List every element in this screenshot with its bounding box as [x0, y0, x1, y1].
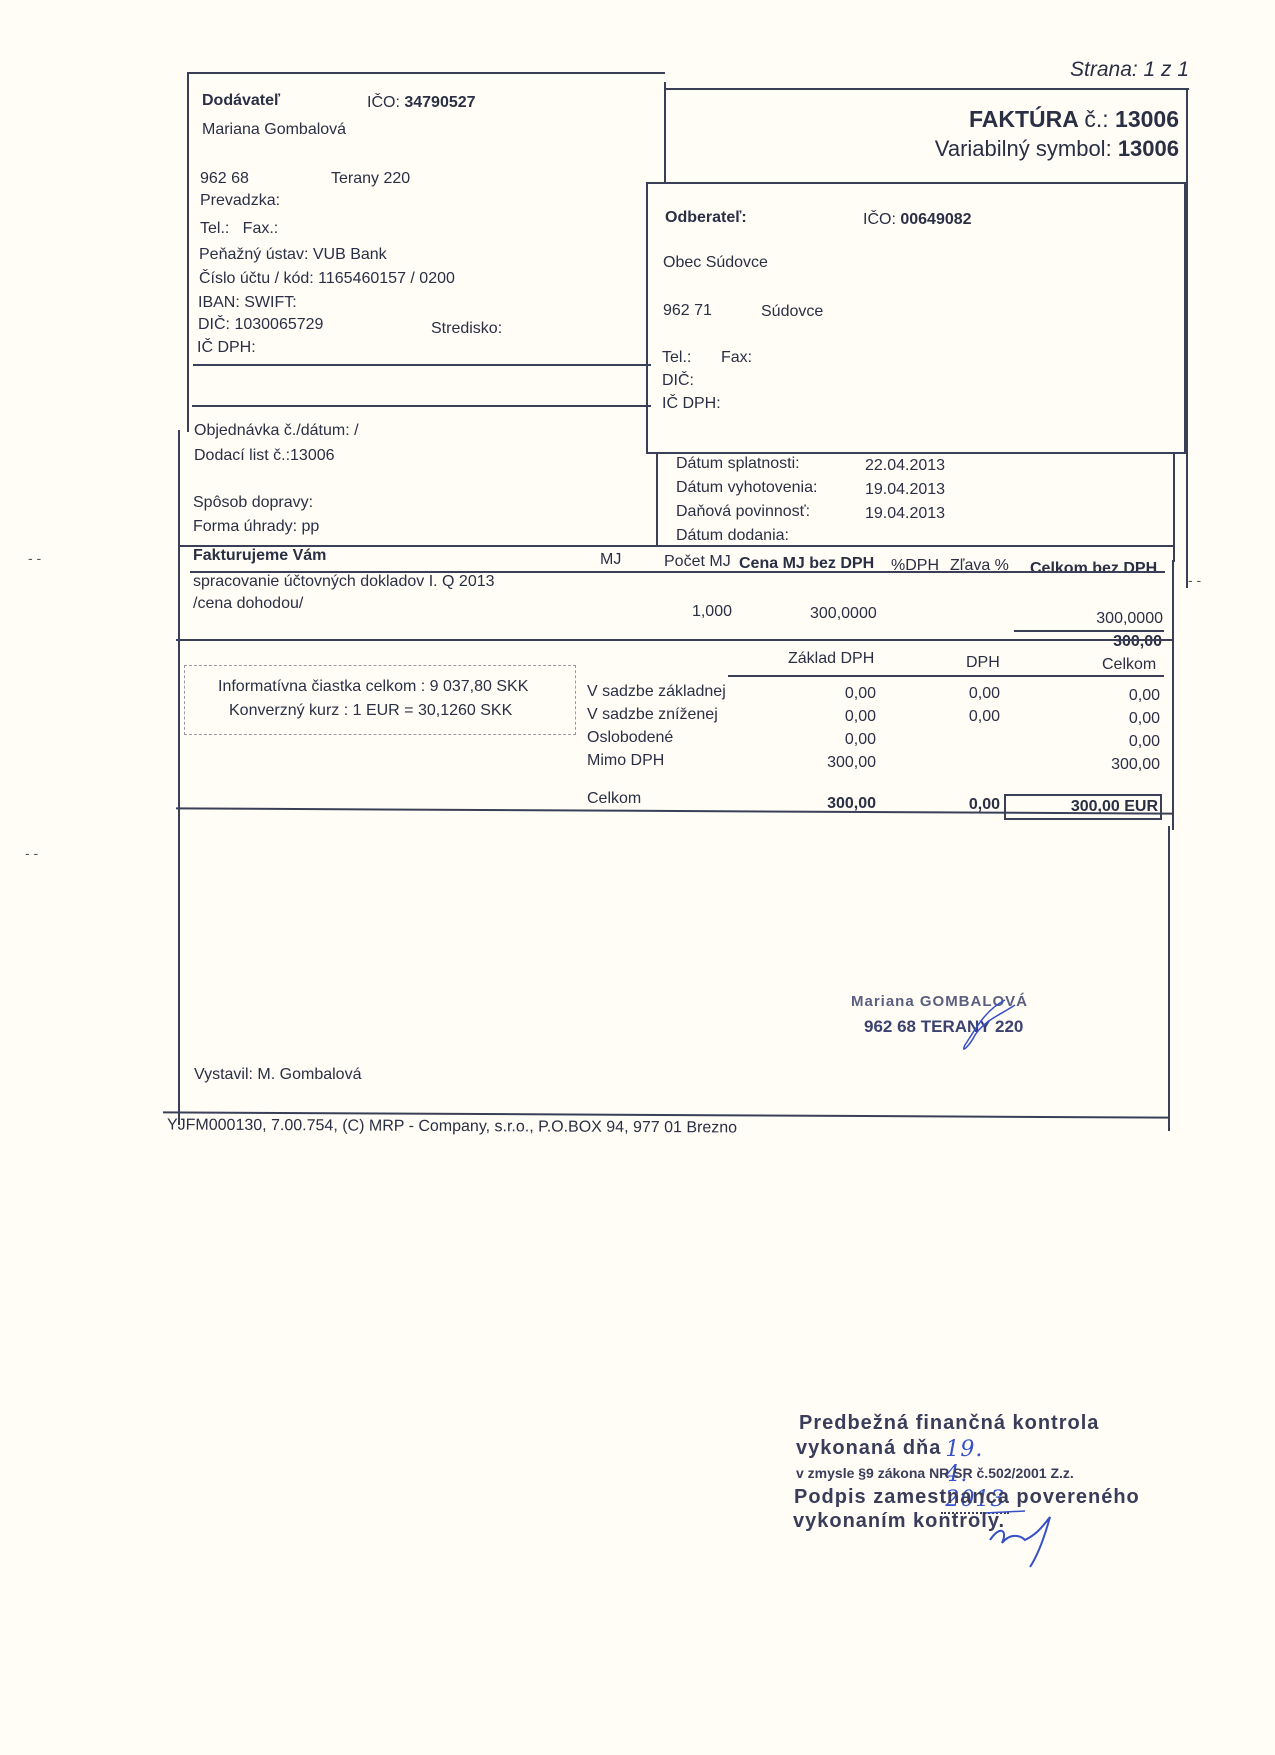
vat-row-zaklad: 0,00: [770, 731, 876, 749]
item-cena: 300,0000: [810, 605, 877, 623]
date-label: Dátum vyhotovenia:: [676, 479, 817, 497]
supplier-divider-2: [192, 405, 651, 407]
payment-method: Forma úhrady: pp: [193, 518, 319, 536]
vat-row-zaklad: 0,00: [770, 685, 876, 703]
date-value: 19.04.2013: [865, 481, 945, 499]
transport-method: Spôsob dopravy:: [193, 494, 313, 512]
order-number: Objednávka č./dátum: /: [194, 422, 359, 440]
delivery-note: Dodací list č.:13006: [194, 447, 335, 465]
info-line1: Informatívna čiastka celkom : 9 037,80 S…: [218, 678, 528, 696]
col-header-celkom: Celkom bez DPH: [1030, 560, 1157, 578]
date-value: 19.04.2013: [865, 505, 945, 523]
vat-header-dph: DPH: [966, 654, 1000, 672]
control-line2: vykonaná dňa19. 4. 2013: [796, 1437, 941, 1460]
date-value: 22.04.2013: [865, 457, 945, 475]
customer-ic-dph: IČ DPH:: [662, 395, 721, 413]
customer-city: Súdovce: [761, 303, 823, 321]
frame-right-mid: [1172, 560, 1174, 830]
item-desc-line2: /cena dohodou/: [193, 595, 303, 613]
vat-row-label: V sadzbe zníženej: [587, 706, 718, 724]
vat-row-celkom: 0,00: [1060, 710, 1160, 728]
frame-right-bottom: [1168, 826, 1170, 1131]
supplier-zip: 962 68: [200, 170, 249, 188]
customer-dic: DIČ:: [662, 372, 694, 390]
item-desc-line1: spracovanie účtovných dokladov I. Q 2013: [193, 573, 495, 591]
supplier-bank: Peňažný ústav: VUB Bank: [199, 246, 387, 264]
header-box-left: [664, 82, 666, 184]
frame-left-top: [187, 72, 189, 432]
customer-ico: IČO: 00649082: [863, 211, 972, 229]
frame-right-top: [1186, 88, 1188, 588]
vat-header-zaklad: Základ DPH: [788, 650, 874, 668]
vat-row-zaklad: 300,00: [770, 754, 876, 772]
scan-mark: - -: [1188, 572, 1201, 588]
invoice-number: 13006: [1115, 106, 1179, 132]
item-pocet: 1,000: [660, 603, 732, 621]
vat-row-celkom: 0,00: [1060, 687, 1160, 705]
signature-icon: [945, 990, 1035, 1070]
item-celkom: 300,0000: [1060, 610, 1163, 628]
date-label: Dátum dodania:: [676, 527, 789, 545]
vs-value: 13006: [1118, 136, 1179, 161]
supplier-ic-dph: IČ DPH:: [197, 339, 256, 357]
dates-box-left: [656, 452, 658, 547]
vat-row-label: V sadzbe základnej: [587, 683, 726, 701]
invoice-number-label: č.:: [1084, 106, 1108, 132]
vat-total-label: Celkom: [587, 790, 641, 808]
items-subtotal: 300,00: [1060, 633, 1162, 651]
supplier-ico-value: 34790527: [404, 94, 475, 111]
vat-row-zaklad: 0,00: [770, 708, 876, 726]
customer-tel: Tel.:: [662, 349, 691, 367]
vat-header-celkom: Celkom: [1102, 656, 1156, 674]
scan-mark: - -: [25, 845, 38, 861]
info-box: [184, 665, 576, 735]
supplier-heading: Dodávateľ: [202, 92, 280, 110]
variable-symbol: Variabilný symbol: 13006: [935, 136, 1179, 162]
vat-row-dph: 0,00: [940, 685, 1000, 703]
control-line3: v zmysle §9 zákona NR SR č.502/2001 Z.z.: [796, 1465, 1074, 1481]
customer-name: Obec Súdovce: [663, 254, 768, 272]
col-header-pocet: Počet MJ: [664, 553, 731, 571]
col-header-desc: Fakturujeme Vám: [193, 547, 326, 565]
supplier-ico-label: IČO:: [367, 94, 400, 111]
control-signature-icon: [980, 1505, 1080, 1575]
col-header-mj: MJ: [600, 551, 621, 569]
control-line2-text: vykonaná dňa: [796, 1437, 941, 1459]
header-box-top: [664, 88, 1189, 90]
frame-left: [178, 430, 180, 1125]
scan-mark: - -: [28, 550, 41, 566]
issued-by: Vystavil: M. Gombalová: [194, 1066, 361, 1084]
vat-row-celkom: 0,00: [1060, 733, 1160, 751]
supplier-iban: IBAN: SWIFT:: [198, 294, 297, 312]
items-header-top: [178, 545, 1174, 547]
vat-row-celkom: 300,00: [1060, 756, 1160, 774]
supplier-stredisko: Stredisko:: [431, 320, 502, 338]
control-line4: Podpis zamestnanca povereného: [794, 1486, 1140, 1509]
supplier-tel-fax: Tel.: Fax.:: [200, 220, 278, 238]
supplier-prevadzka: Prevadzka:: [200, 192, 280, 210]
supplier-divider-1: [193, 364, 651, 366]
date-label: Daňová povinnosť:: [676, 503, 810, 521]
page-number: Strana: 1 z 1: [1070, 58, 1189, 82]
supplier-street: Terany 220: [331, 170, 410, 188]
customer-ico-value: 00649082: [900, 211, 971, 228]
control-line1: Predbežná finančná kontrola: [799, 1412, 1099, 1435]
vat-row-dph: 0,00: [940, 708, 1000, 726]
vat-header-line: [728, 675, 1164, 677]
customer-zip: 962 71: [663, 302, 712, 320]
info-line2: Konverzný kurz : 1 EUR = 30,1260 SKK: [229, 702, 512, 720]
frame-top-left: [187, 72, 665, 74]
supplier-account: Číslo účtu / kód: 1165460157 / 0200: [199, 270, 455, 288]
supplier-name: Mariana Gombalová: [202, 121, 346, 139]
supplier-ico: IČO: 34790527: [367, 94, 476, 112]
invoice-title-label: FAKTÚRA: [969, 106, 1078, 132]
vat-row-label: Oslobodené: [587, 729, 673, 747]
customer-heading: Odberateľ:: [665, 209, 747, 227]
subtotal-line: [1014, 630, 1164, 632]
items-bottom-line: [176, 639, 1172, 641]
control-line5: vykonaním kontroly.: [793, 1510, 1005, 1533]
customer-fax: Fax:: [721, 349, 752, 367]
vat-row-label: Mimo DPH: [587, 752, 664, 770]
footer-software: YJFM000130, 7.00.754, (C) MRP - Company,…: [167, 1117, 737, 1138]
date-label: Dátum splatnosti:: [676, 455, 800, 473]
customer-ico-label: IČO:: [863, 211, 896, 228]
supplier-dic: DIČ: 1030065729: [198, 316, 323, 334]
invoice-title: FAKTÚRA č.: 13006: [969, 106, 1179, 133]
vs-label: Variabilný symbol:: [935, 136, 1112, 161]
